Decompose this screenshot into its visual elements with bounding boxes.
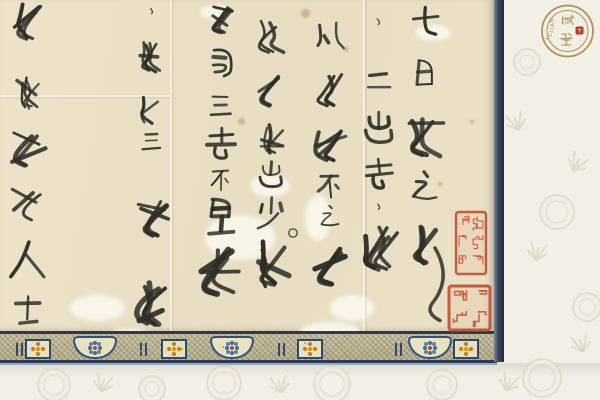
paper-scuff (250, 175, 290, 197)
silk-shou-roundel (313, 365, 351, 400)
mounting-silk-shadow (0, 363, 600, 377)
silk-shou-roundel (522, 358, 562, 398)
brocade-flower-square (161, 339, 187, 359)
silk-shou-roundel (572, 292, 600, 322)
brocade-gold-speck (181, 348, 183, 350)
brocade-gold-speck (222, 346, 224, 348)
paper-foxing-spot (344, 47, 349, 52)
brocade-gold-speck (386, 353, 388, 355)
brocade-medallion (210, 336, 254, 359)
calligraphy-char (561, 33, 572, 45)
paper-scuff (200, 5, 230, 19)
brocade-bar-mark (278, 343, 285, 356)
scroll-photo: YUJIAN (0, 0, 600, 400)
logo-seal-chip-mark (578, 28, 583, 33)
brocade-gold-speck (58, 354, 60, 356)
brocade-bar-mark (16, 343, 23, 356)
logo-seal-chip (576, 27, 584, 35)
paper-foxing-spot (470, 120, 474, 124)
brocade-flower-square (453, 339, 479, 359)
brocade-bar-mark (395, 343, 402, 356)
paper-foxing-spot (238, 118, 245, 125)
logo-outer-ring (542, 6, 593, 57)
brocade-border-band (0, 331, 497, 363)
paper-crease (0, 95, 170, 97)
paper-scuff (70, 295, 125, 321)
brocade-gold-speck (427, 351, 429, 353)
brocade-gold-speck (304, 342, 306, 344)
paper-scuff (205, 215, 275, 260)
brocade-gold-speck (17, 341, 19, 343)
calligraphy-paper (0, 0, 494, 331)
paper-foxing-spot (301, 9, 310, 18)
paper-scuff (330, 295, 374, 321)
brocade-gold-speck (468, 349, 470, 351)
calligraphy-char (563, 15, 574, 24)
silk-shou-roundel (426, 369, 458, 400)
logo-characters (561, 15, 574, 45)
brocade-gold-speck (99, 352, 101, 354)
brocade-flower-square (25, 339, 51, 359)
logo-inner-ring (547, 11, 588, 52)
brocade-gold-speck (263, 344, 265, 346)
brocade-gold-speck (345, 355, 347, 357)
silk-shou-roundel (37, 368, 71, 400)
brocade-medallion (408, 336, 452, 359)
brocade-flower-square (297, 339, 323, 359)
paper-crease (170, 0, 172, 331)
logo-curved-text: YUJIAN (544, 16, 556, 43)
silk-shou-roundel (206, 365, 242, 400)
silk-shou-roundel (539, 194, 575, 230)
paper-foxing-spot (438, 182, 442, 186)
paper-crease (363, 0, 365, 331)
silk-shou-roundel (138, 375, 166, 400)
scroll-edge-strip (494, 0, 504, 362)
paper-scuff (415, 25, 451, 41)
brocade-medallion (73, 336, 117, 359)
brocade-gold-speck (140, 350, 142, 352)
paper-scuff (305, 195, 331, 241)
silk-shou-roundel (513, 48, 541, 76)
